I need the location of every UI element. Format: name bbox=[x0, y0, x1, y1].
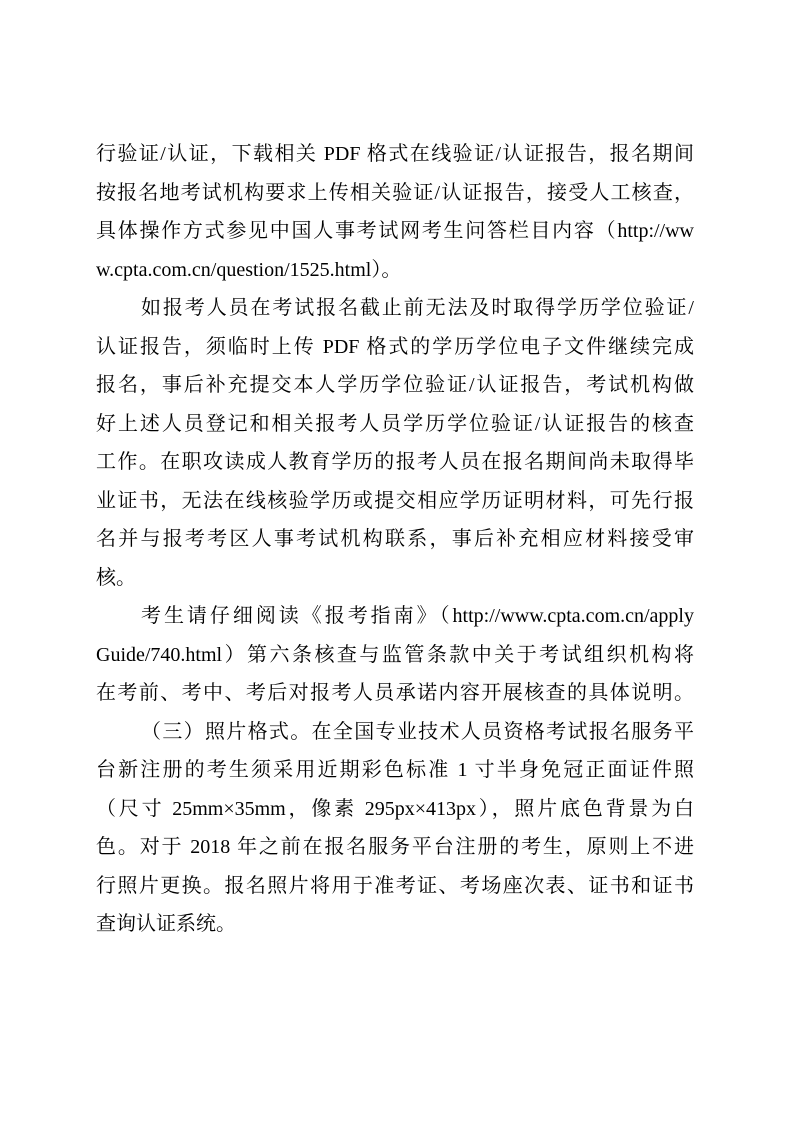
text-line: w.cpta.com.cn/question/1525.html）。 bbox=[96, 251, 694, 290]
text-line: 查询认证系统。 bbox=[96, 905, 694, 944]
text-line: 台新注册的考生须采用近期彩色标准 1 寸半身免冠正面证件照 bbox=[96, 751, 694, 790]
text-line: （尺寸 25mm×35mm，像素 295px×413px），照片底色背景为白 bbox=[96, 790, 694, 829]
text-line: 具体操作方式参见中国人事考试网考生问答栏目内容（http://ww bbox=[96, 212, 694, 251]
text-line: 工作。在职攻读成人教育学历的报考人员在报名期间尚未取得毕 bbox=[96, 443, 694, 482]
text-line: （三）照片格式。在全国专业技术人员资格考试报名服务平 bbox=[96, 713, 694, 752]
text-line: 行照片更换。报名照片将用于准考证、考场座次表、证书和证书 bbox=[96, 867, 694, 906]
text-block: 行验证/认证，下载相关 PDF 格式在线验证/认证报告，报名期间按报名地考试机构… bbox=[96, 135, 694, 944]
text-line: Guide/740.html）第六条核查与监管条款中关于考试组织机构将 bbox=[96, 636, 694, 675]
text-line: 业证书，无法在线核验学历或提交相应学历证明材料，可先行报 bbox=[96, 482, 694, 521]
text-line: 色。对于 2018 年之前在报名服务平台注册的考生，原则上不进 bbox=[96, 828, 694, 867]
text-line: 认证报告，须临时上传 PDF 格式的学历学位电子文件继续完成 bbox=[96, 328, 694, 367]
text-line: 行验证/认证，下载相关 PDF 格式在线验证/认证报告，报名期间 bbox=[96, 135, 694, 174]
text-line: 在考前、考中、考后对报考人员承诺内容开展核查的具体说明。 bbox=[96, 674, 694, 713]
text-line: 核。 bbox=[96, 559, 694, 598]
text-line: 好上述人员登记和相关报考人员学历学位验证/认证报告的核查 bbox=[96, 405, 694, 444]
text-line: 报名，事后补充提交本人学历学位验证/认证报告，考试机构做 bbox=[96, 366, 694, 405]
document-page: 行验证/认证，下载相关 PDF 格式在线验证/认证报告，报名期间按报名地考试机构… bbox=[0, 0, 794, 1123]
text-line: 名并与报考考区人事考试机构联系，事后补充相应材料接受审 bbox=[96, 520, 694, 559]
text-line: 按报名地考试机构要求上传相关验证/认证报告，接受人工核查， bbox=[96, 174, 694, 213]
text-line: 考生请仔细阅读《报考指南》（http://www.cpta.com.cn/app… bbox=[96, 597, 694, 636]
text-line: 如报考人员在考试报名截止前无法及时取得学历学位验证/ bbox=[96, 289, 694, 328]
